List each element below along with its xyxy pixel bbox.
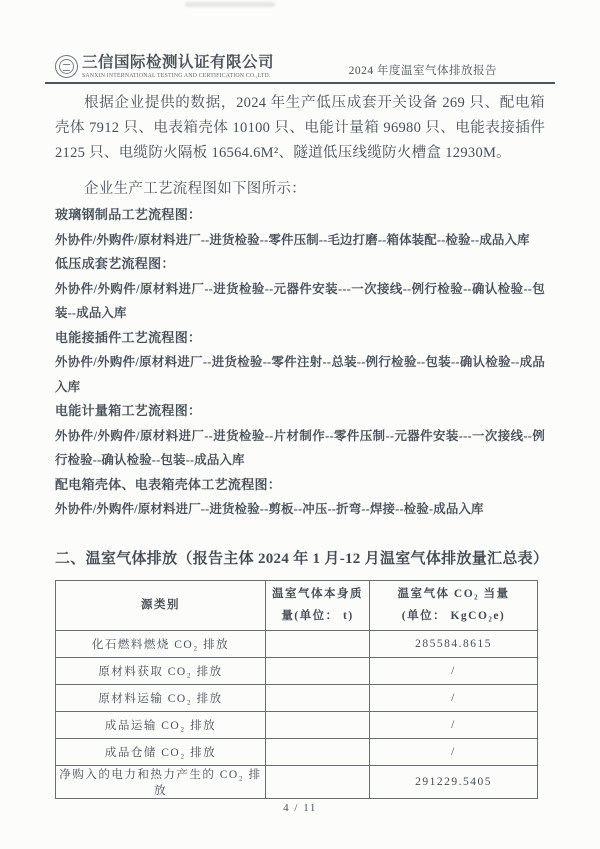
col-header-source: 源类别	[56, 580, 266, 630]
company-name-en: SANXIN INTERNATIONAL TESTING AND CERTIFI…	[82, 73, 274, 79]
company-name: 三信国际检测认证有限公司	[82, 54, 274, 71]
flow-line: 外协件/外购件/原材料进厂--进货检验--片材制作--零件压制--元器件安装--…	[55, 424, 545, 473]
cell-source: 成品运输 CO₂ 排放	[56, 711, 266, 738]
process-flow-intro: 企业生产工艺流程图如下图所示：	[55, 177, 545, 202]
cell-co2e: 285584.8615	[370, 630, 538, 657]
document-header: 三信国际检测认证有限公司 SANXIN INTERNATIONAL TESTIN…	[55, 54, 545, 79]
table-row: 原材料运输 CO₂ 排放 /	[56, 684, 538, 711]
table-row: 成品运输 CO₂ 排放 /	[56, 711, 538, 738]
cell-source: 原材料运输 CO₂ 排放	[56, 684, 266, 711]
header-divider	[45, 82, 555, 84]
table-row: 原材料获取 CO₂ 排放 /	[56, 657, 538, 684]
cell-mass	[266, 711, 370, 738]
col-header-mass: 温室气体本身质 量(单位： t)	[266, 580, 370, 630]
company-logo-icon	[55, 55, 78, 78]
process-flows: 玻璃钢制品工艺流程图： 外协件/外购件/原材料进厂--进货检验--零件压制--毛…	[55, 203, 545, 522]
flow-title: 低压成套艺流程图：	[55, 252, 545, 277]
table-row: 成品仓储 CO₂ 排放 /	[56, 738, 538, 765]
flow-title: 配电箱壳体、电表箱壳体工艺流程图：	[55, 473, 545, 498]
cell-mass	[266, 630, 370, 657]
flow-line: 外协件/外购件/原材料进厂--进货检验--元器件安装---一次接线--例行检验-…	[55, 277, 545, 326]
cell-source: 原材料获取 CO₂ 排放	[56, 657, 266, 684]
flow-title: 电能计量箱工艺流程图：	[55, 399, 545, 424]
flow-line: 外协件/外购件/原材料进厂--进货检验--零件压制--毛边打磨--箱体装配--检…	[55, 228, 545, 253]
section-heading: 二、温室气体排放（报告主体 2024 年 1 月-12 月温室气体排放量汇总表）	[55, 547, 545, 568]
flow-line: 外协件/外购件/原材料进厂--进货检验--零件注射--总装--例行检验--包装-…	[55, 350, 545, 399]
cell-source: 净购入的电力和热力产生的 CO₂ 排放	[56, 765, 266, 798]
cell-co2e: 291229.5405	[370, 765, 538, 798]
col-header-co2e: 温室气体 CO₂ 当量 (单位： KgCO₂e)	[370, 580, 538, 630]
report-title: 2024 年度温室气体排放报告	[349, 62, 545, 79]
cell-co2e: /	[370, 711, 538, 738]
intro-paragraph: 根据企业提供的数据，2024 年生产低压成套开关设备 269 只、配电箱壳体 7…	[55, 91, 545, 166]
cell-source: 成品仓储 CO₂ 排放	[56, 738, 266, 765]
cell-mass	[266, 738, 370, 765]
cell-co2e: /	[370, 657, 538, 684]
cell-mass	[266, 657, 370, 684]
cell-source: 化石燃料燃烧 CO₂ 排放	[56, 630, 266, 657]
cell-mass	[266, 765, 370, 798]
cell-co2e: /	[370, 738, 538, 765]
cell-mass	[266, 684, 370, 711]
report-page: 三信国际检测认证有限公司 SANXIN INTERNATIONAL TESTIN…	[0, 0, 600, 849]
table-row: 化石燃料燃烧 CO₂ 排放 285584.8615	[56, 630, 538, 657]
company-names: 三信国际检测认证有限公司 SANXIN INTERNATIONAL TESTIN…	[82, 54, 274, 79]
emissions-summary-table: 源类别 温室气体本身质 量(单位： t) 温室气体 CO₂ 当量 (单位： Kg…	[55, 580, 538, 799]
table-row: 净购入的电力和热力产生的 CO₂ 排放 291229.5405	[56, 765, 538, 798]
cell-co2e: /	[370, 684, 538, 711]
company-brand: 三信国际检测认证有限公司 SANXIN INTERNATIONAL TESTIN…	[55, 54, 274, 79]
flow-title: 玻璃钢制品工艺流程图：	[55, 203, 545, 228]
flow-title: 电能接插件工艺流程图：	[55, 326, 545, 351]
flow-line: 外协件/外购件/原材料进厂--进货检验--剪板--冲压--折弯--焊接--检验-…	[55, 497, 545, 522]
page-number: 4 / 11	[55, 802, 545, 814]
logo-inner-seal	[59, 59, 74, 74]
table-header-row: 源类别 温室气体本身质 量(单位： t) 温室气体 CO₂ 当量 (单位： Kg…	[56, 580, 538, 630]
scan-artifact	[185, 2, 275, 7]
